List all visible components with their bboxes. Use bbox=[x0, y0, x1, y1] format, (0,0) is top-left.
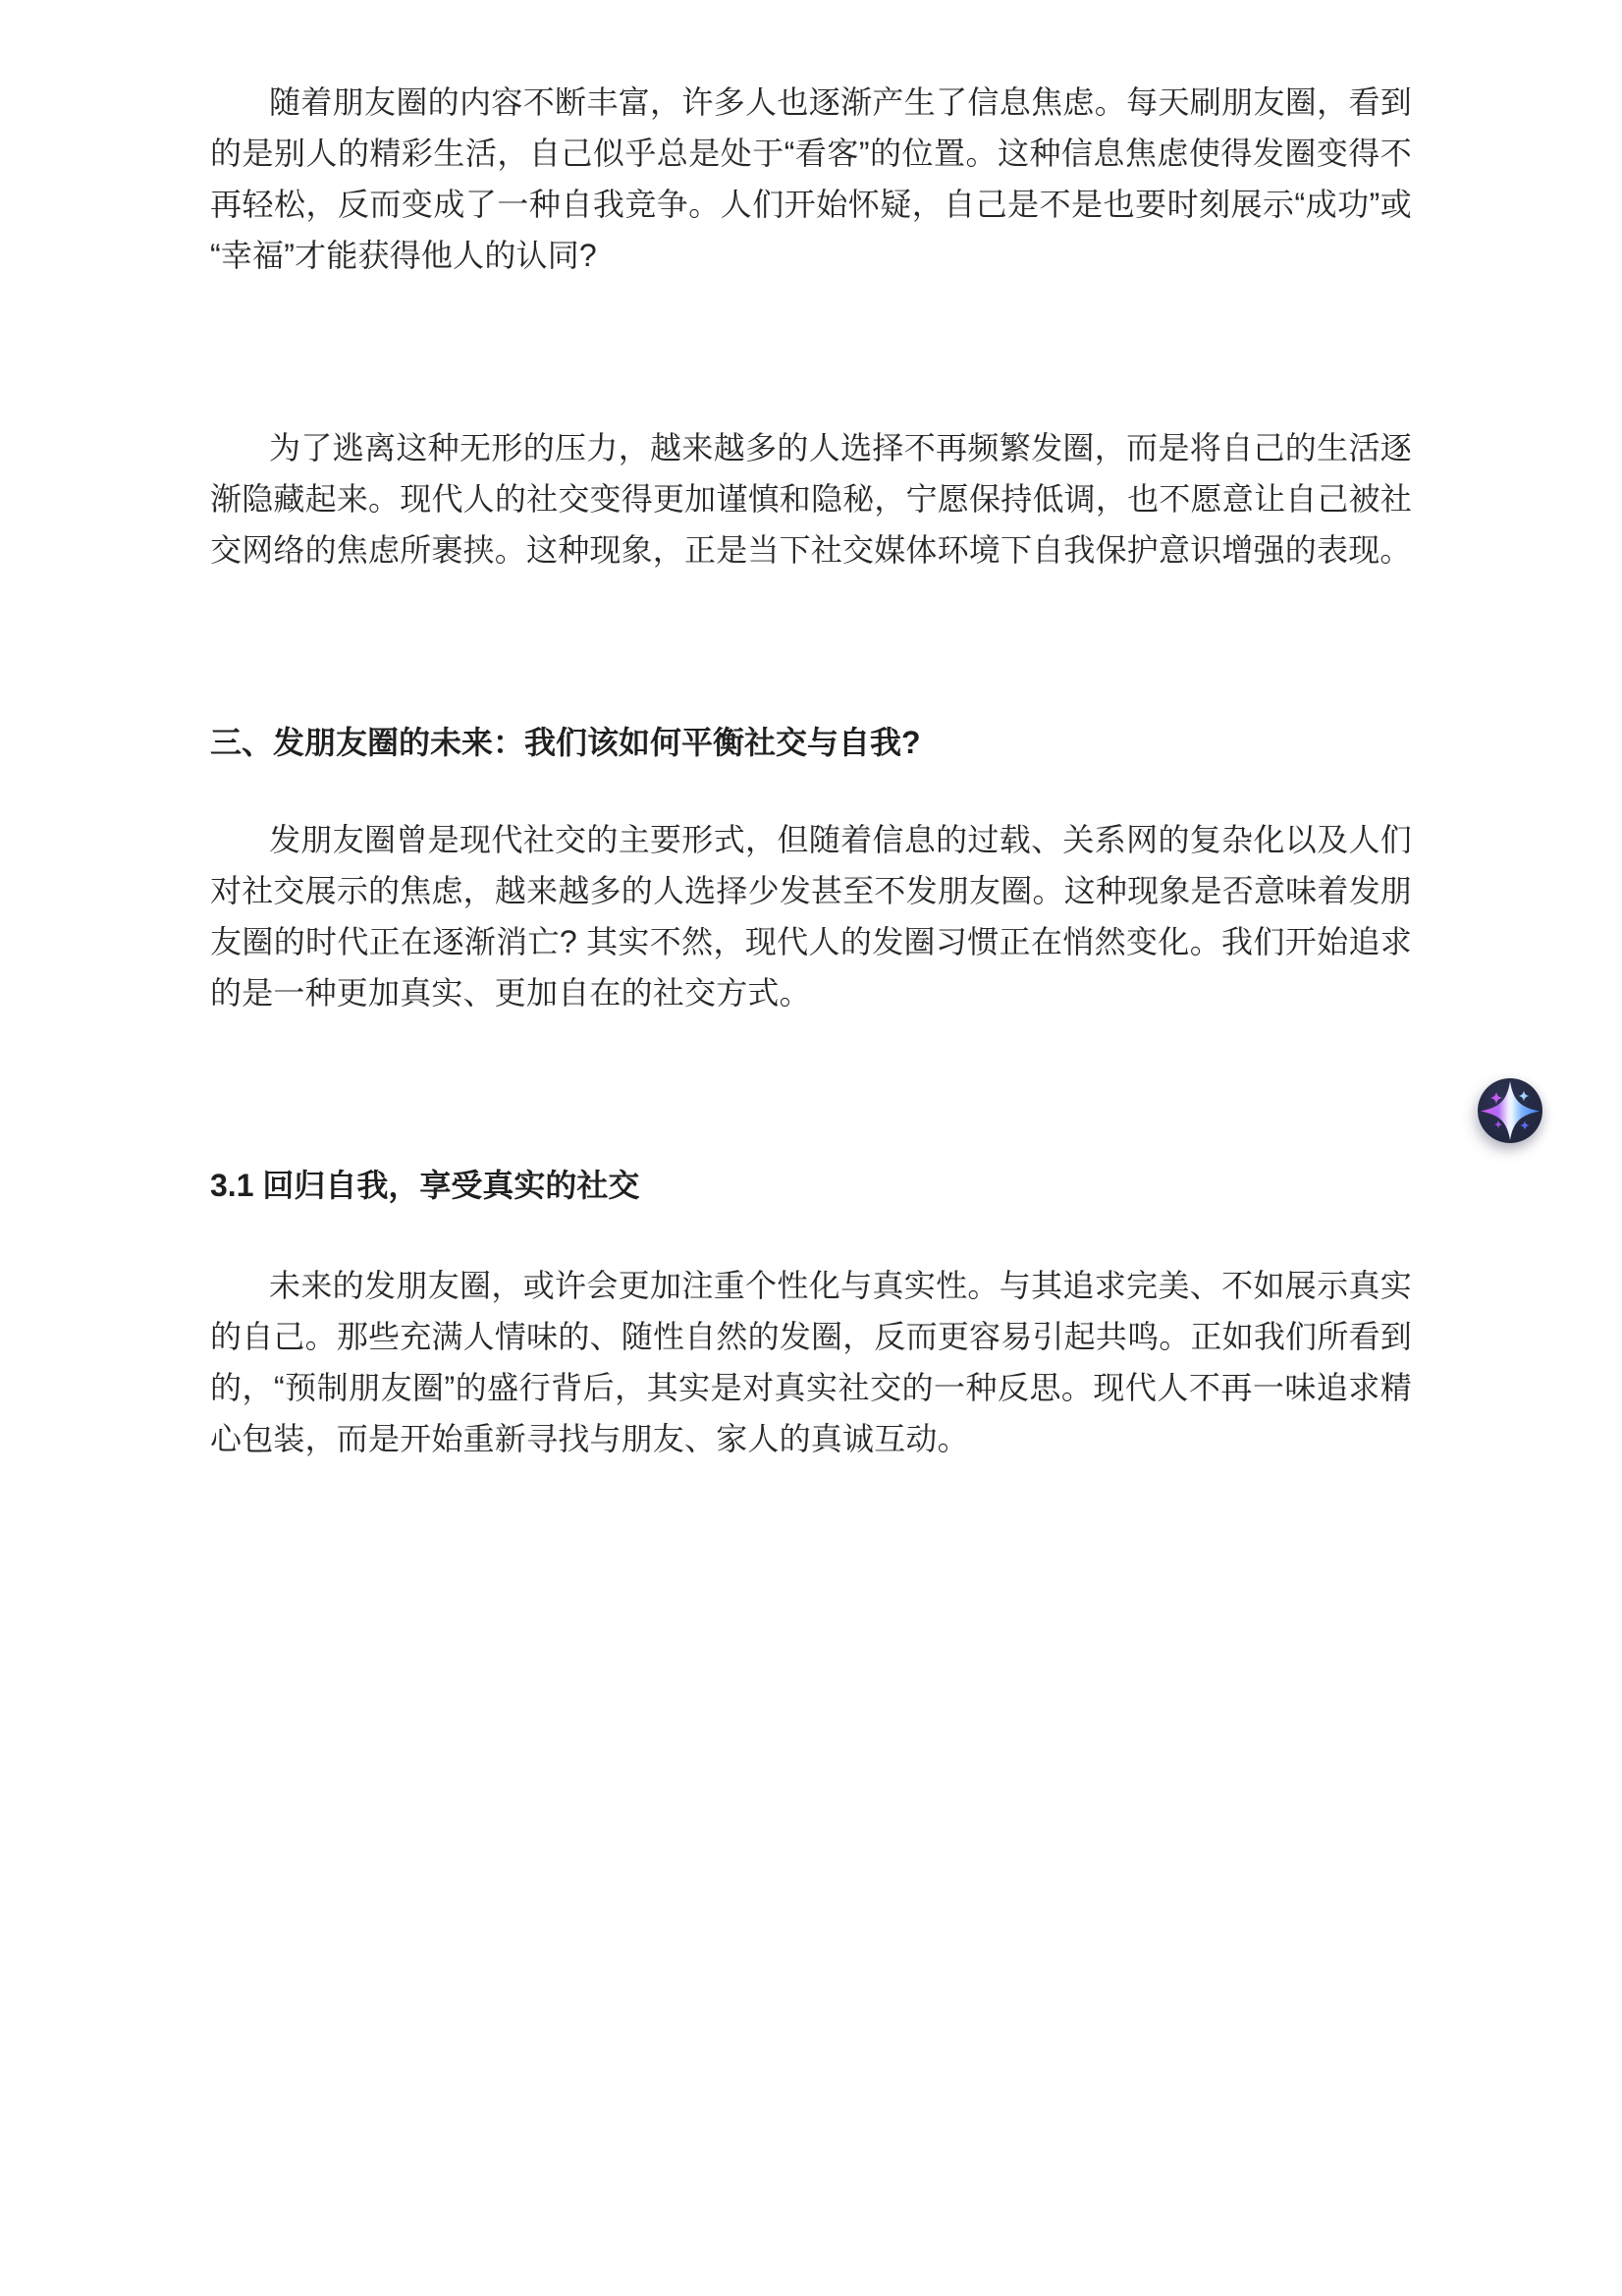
paragraph-info-anxiety: 随着朋友圈的内容不断丰富，许多人也逐渐产生了信息焦虑。每天刷朋友圈，看到的是别人… bbox=[210, 77, 1412, 281]
sparkle-icon bbox=[1478, 1078, 1542, 1143]
ai-assistant-button[interactable] bbox=[1478, 1078, 1542, 1143]
section-heading-future-of-moments: 三、发朋友圈的未来：我们该如何平衡社交与自我? bbox=[210, 717, 1412, 768]
paragraph-authentic-social: 未来的发朋友圈，或许会更加注重个性化与真实性。与其追求完美、不如展示真实的自己。… bbox=[210, 1260, 1412, 1464]
document-page: 随着朋友圈的内容不断丰富，许多人也逐渐产生了信息焦虑。每天刷朋友圈，看到的是别人… bbox=[0, 0, 1622, 1464]
paragraph-moments-changing: 发朋友圈曾是现代社交的主要形式，但随着信息的过载、关系网的复杂化以及人们对社交展… bbox=[210, 814, 1412, 1018]
paragraph-escape-pressure: 为了逃离这种无形的压力，越来越多的人选择不再频繁发圈，而是将自己的生活逐渐隐藏起… bbox=[210, 422, 1412, 575]
subsection-heading-return-to-self: 3.1 回归自我，享受真实的社交 bbox=[210, 1160, 1412, 1211]
